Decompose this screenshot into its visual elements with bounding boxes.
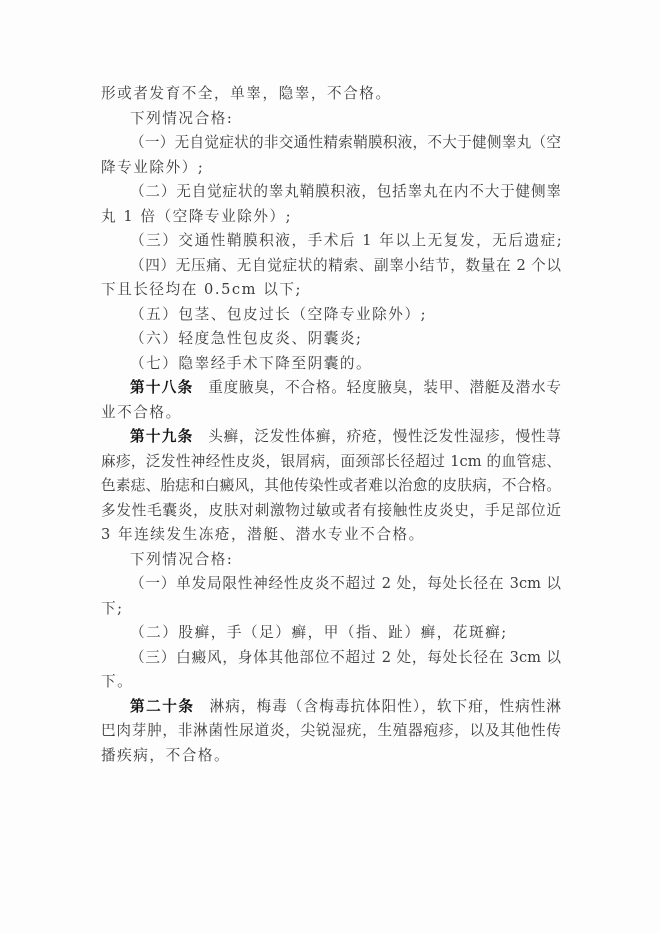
article-19-line-1: 第十九条头癣，泛发性体癣，疥疮，慢性泛发性湿疹，慢性荨 [130,427,561,447]
article-18-text: 重度腋臭，不合格。轻度腋臭，装甲、潜艇及潜水专 [207,379,561,396]
article-20-line-2: 巴肉芽肿，非淋菌性尿道炎，尖锐湿疣，生殖器疱疹，以及其他性传 [101,721,561,741]
document-page: 形或者发育不全，单睾，隐睾，不合格。 下列情况合格: （一）无自觉症状的非交通性… [0,0,660,933]
article-19-item-1-line-1: （一）单发局限性神经性皮炎不超过 2 处，每处长径在 3cm 以 [130,574,561,594]
article-19-line-5: 3 年连续发生冻疮，潜艇、潜水专业不合格。 [101,525,561,545]
article-19-qualified-intro: 下列情况合格: [130,550,561,570]
list-item-5: （五）包茎、包皮过长（空降专业除外）; [130,305,561,325]
qualified-intro: 下列情况合格: [130,109,561,129]
paragraph-line: 形或者发育不全，单睾，隐睾，不合格。 [101,84,561,104]
list-item-3: （三）交通性鞘膜积液，手术后 1 年以上无复发，无后遗症; [130,231,561,251]
article-20-text: 淋病，梅毒（含梅毒抗体阳性），软下疳，性病性淋 [209,698,561,715]
article-20-label: 第二十条 [130,698,195,715]
article-19-line-2: 麻疹，泛发性神经性皮炎，银屑病，面颈部长径超过 1cm 的血管痣、 [101,452,561,472]
list-item-7: （七）隐睾经手术下降至阴囊的。 [130,354,561,374]
article-19-line-4: 多发性毛囊炎，皮肤对刺激物过敏或者有接触性皮炎史，手足部位近 [101,501,561,521]
article-19-line-3: 色素痣、胎痣和白癜风，其他传染性或者难以治愈的皮肤病，不合格。 [101,476,561,496]
article-18-line-1: 第十八条重度腋臭，不合格。轻度腋臭，装甲、潜艇及潜水专 [130,378,561,398]
list-item-1-line-1: （一）无自觉症状的非交通性精索鞘膜积液，不大于健侧睾丸（空 [130,133,561,153]
list-item-2-line-1: （二）无自觉症状的睾丸鞘膜积液，包括睾丸在内不大于健侧睾 [130,182,561,202]
article-19-item-3-line-1: （三）白癜风，身体其他部位不超过 2 处，每处长径在 3cm 以 [130,648,561,668]
article-19-item-2: （二）股癣，手（足）癣，甲（指、趾）癣，花斑癣; [130,623,561,643]
article-20-line-1: 第二十条淋病，梅毒（含梅毒抗体阳性），软下疳，性病性淋 [130,697,561,717]
article-19-item-3-line-2: 下。 [101,672,561,692]
list-item-6: （六）轻度急性包皮炎、阴囊炎; [130,329,561,349]
article-20-line-3: 播疾病，不合格。 [101,746,561,766]
list-item-4-line-2: 下且长径均在 0.5cm 以下; [101,280,561,300]
article-19-text: 头癣，泛发性体癣，疥疮，慢性泛发性湿疹，慢性荨 [207,428,561,445]
article-18-label: 第十八条 [130,379,193,396]
article-19-item-1-line-2: 下; [101,599,561,619]
list-item-2-line-2: 丸 1 倍（空降专业除外）; [101,207,561,227]
list-item-1-line-2: 降专业除外）; [101,158,561,178]
list-item-4-line-1: （四）无压痛、无自觉症状的精索、副睾小结节，数量在 2 个以 [130,256,561,276]
article-19-label: 第十九条 [130,428,193,445]
article-18-line-2: 业不合格。 [101,403,561,423]
